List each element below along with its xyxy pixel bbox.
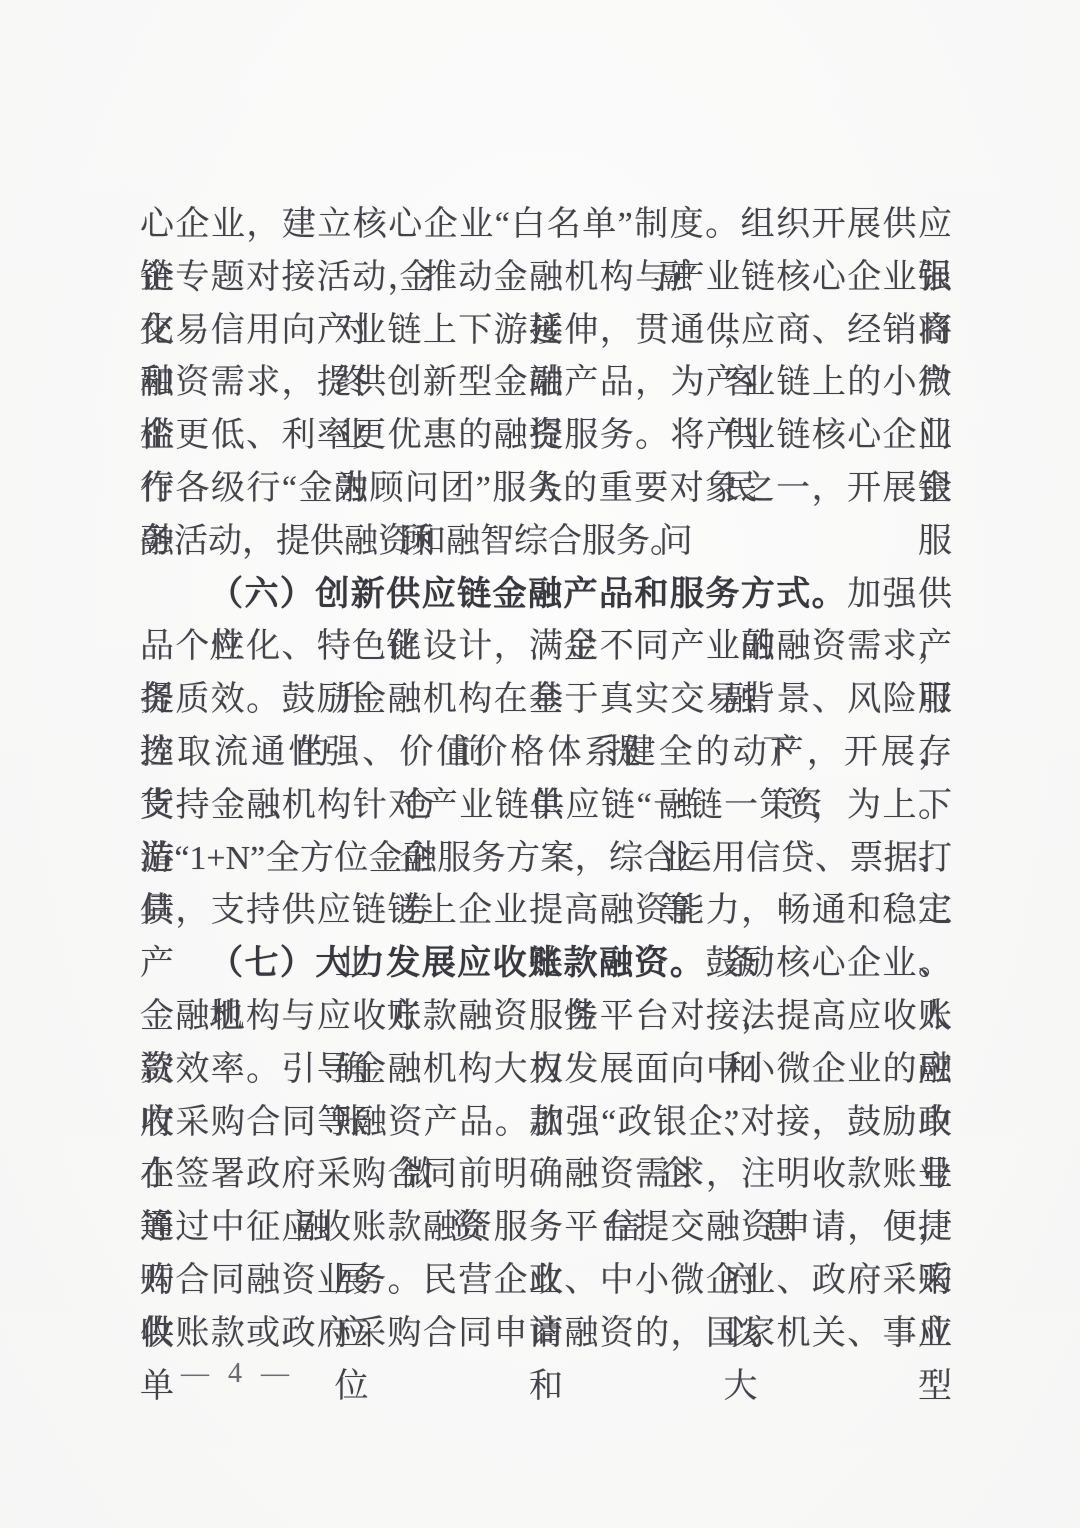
text-line: 交易信用向产业链上下游延伸，贯通供应商、经销商和终端客户 — [140, 305, 952, 358]
section-heading-text: （六）创新供应链金融产品和服务方式。 — [209, 576, 847, 613]
text-line: 企专题对接活动，推动金融机构与产业链核心企业强化对接，将 — [140, 252, 952, 305]
text-line: 造“1+N”全方位金融服务方案，综合运用信贷、票据、债券等工 — [140, 833, 952, 886]
document-body: 心企业，建立核心企业“白名单”制度。组织开展供应链金融银企专题对接活动，推动金融… — [140, 199, 952, 1361]
text-line: 支持金融机构针对产业链供应链“一链一策”，为上下游企业打 — [140, 780, 952, 833]
text-line: 选取流通性强、价值价格体系健全的动产，开展存货、仓单融资。 — [140, 727, 952, 780]
text-line: 收账款或政府采购合同申请融资的，国家机关、事业单位和大型 — [140, 1308, 952, 1361]
text-line: 融资需求，提供创新型金融产品，为产业链上的小微企业提供门 — [140, 357, 952, 410]
page-number: — 4 — — [181, 1358, 295, 1390]
text-line: 金融机构与应收账款融资服务平台对接，提高应收账款确权和融 — [140, 991, 952, 1044]
text-line: 通过中征应收账款融资服务平台提交融资申请，便捷开展政府采 — [140, 1202, 952, 1255]
text-line: 务质效。鼓励金融机构在基于真实交易背景、风险可控的前提下， — [140, 674, 952, 727]
section-heading-text: （七）大力发展应收账款融资。 — [209, 945, 705, 982]
body-text: 务活动，提供融资和融智综合服务。 — [140, 523, 684, 560]
text-line: 槛更低、利率更优惠的融资服务。将产业链核心企业作为人民银 — [140, 410, 952, 463]
text-line: 品个性化、特色化设计，满足不同产业的融资需求，提升金融服 — [140, 621, 952, 674]
text-line: 购合同融资业务。民营企业、中小微企业、政府采购供应商以应 — [140, 1255, 952, 1308]
text-line: （七）大力发展应收账款融资。鼓励核心企业、地方性法人 — [140, 938, 952, 991]
text-line: 行各级行“金融顾问团”服务的重要对象之一，开展金融顾问服 — [140, 463, 952, 516]
text-line: 资效率。引导金融机构大力发展面向中小微企业的应收账款、政 — [140, 1044, 952, 1097]
text-line: 具，支持供应链链上企业提高融资能力，畅通和稳定产业链条。 — [140, 885, 952, 938]
text-line: （六）创新供应链金融产品和服务方式。加强供应链金融产 — [140, 569, 952, 622]
text-line: 心企业，建立核心企业“白名单”制度。组织开展供应链金融银 — [140, 199, 952, 252]
text-line: 府采购合同等融资产品。加强“政银企”对接，鼓励中小微企业 — [140, 1097, 952, 1150]
text-line: 在签署政府采购合同前明确融资需求，注明收款账号等融资信息， — [140, 1149, 952, 1202]
